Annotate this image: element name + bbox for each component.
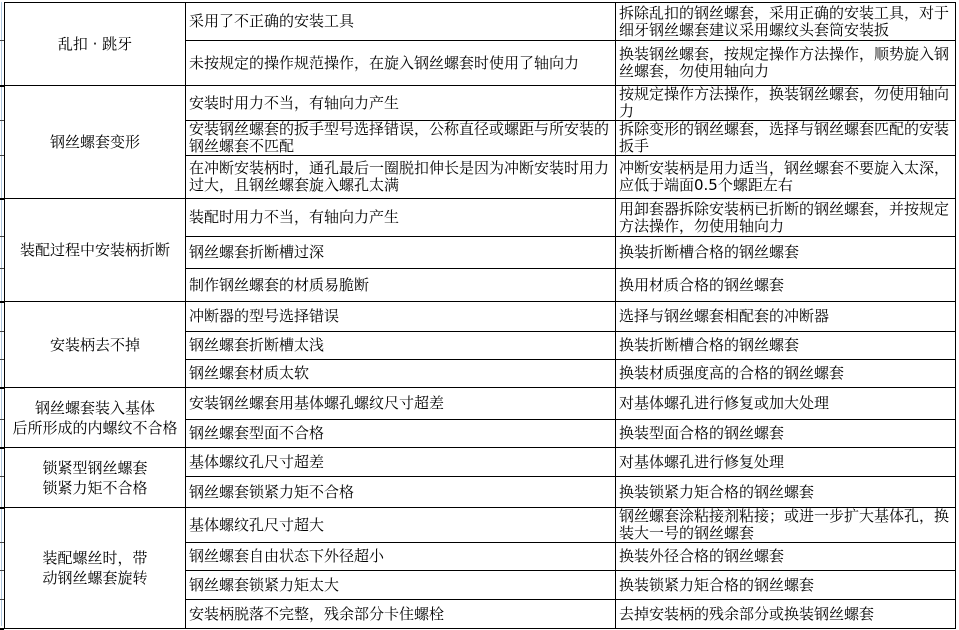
cause-cell: 装配时用力不当，有轴向力产生 (186, 199, 616, 237)
solution-cell: 冲断安装柄是用力适当，钢丝螺套不要旋入太深，应低于端面0.5个螺距左右 (616, 156, 956, 199)
solution-cell: 按规定操作方法操作，换装钢丝螺套，勿使用轴向力 (616, 86, 956, 121)
cause-cell: 未按规定的操作规范操作，在旋入钢丝螺套时使用了轴向力 (186, 41, 616, 86)
gutter-row-tick (0, 447, 4, 449)
fault-cell: 钢丝螺套装入基体 后所形成的内螺纹不合格 (5, 388, 186, 448)
fault-cell: 装配螺丝时，带 动钢丝螺套旋转 (5, 508, 186, 629)
gutter-row-tick (0, 120, 4, 121)
solution-cell: 去掉安装柄的残余部分或换装钢丝螺套 (616, 600, 956, 629)
solution-cell: 用卸套器拆除安装柄已折断的钢丝螺套，并按规定方法操作，勿使用轴向力 (616, 199, 956, 237)
cause-cell: 制作钢丝螺套的材质易脆断 (186, 269, 616, 302)
gutter-row-tick (0, 542, 4, 543)
cause-cell: 钢丝螺套折断槽过深 (186, 237, 616, 269)
solution-cell: 换装钢丝螺套，按规定操作方法操作，顺势旋入钢丝螺套，勿使用轴向力 (616, 41, 956, 86)
cause-cell: 冲断器的型号选择错误 (186, 302, 616, 332)
cause-cell: 钢丝螺套自由状态下外径超小 (186, 543, 616, 571)
cause-cell: 钢丝螺套型面不合格 (186, 420, 616, 448)
gutter-row-tick (0, 476, 4, 477)
gutter-row-tick (0, 301, 4, 303)
fault-cell: 乱扣 · 跳牙 (5, 3, 186, 86)
gutter-gridline (1, 2, 2, 626)
cause-cell: 安装时用力不当，有轴向力产生 (186, 86, 616, 121)
gutter-row-tick (0, 40, 4, 41)
gutter-row-tick (0, 387, 4, 389)
cause-cell: 基体螺纹孔尺寸超大 (186, 508, 616, 543)
gutter-row-tick (0, 85, 4, 87)
cause-cell: 钢丝螺套折断槽太浅 (186, 332, 616, 360)
solution-cell: 换装折断槽合格的钢丝螺套 (616, 332, 956, 360)
gutter-row-tick (0, 155, 4, 156)
solution-cell: 换用材质合格的钢丝螺套 (616, 269, 956, 302)
solution-cell: 换装外径合格的钢丝螺套 (616, 543, 956, 571)
solution-cell: 换装锁紧力矩合格的钢丝螺套 (616, 571, 956, 600)
cause-cell: 采用了不正确的安装工具 (186, 3, 616, 41)
solution-cell: 换装型面合格的钢丝螺套 (616, 420, 956, 448)
cause-cell: 钢丝螺套锁紧力矩太大 (186, 571, 616, 600)
fault-cell: 安装柄去不掉 (5, 302, 186, 388)
gutter-row-tick (0, 507, 4, 509)
fault-cell: 钢丝螺套变形 (5, 86, 186, 199)
gutter-row-tick (0, 359, 4, 360)
cause-cell: 钢丝螺套材质太软 (186, 360, 616, 388)
cause-cell: 安装柄脱落不完整，残余部分卡住螺栓 (186, 600, 616, 629)
fault-cell: 锁紧型钢丝螺套 锁紧力矩不合格 (5, 448, 186, 508)
solution-cell: 拆除变形的钢丝螺套，选择与钢丝螺套匹配的安装扳手 (616, 121, 956, 156)
solution-cell: 对基体螺孔进行修复处理 (616, 448, 956, 477)
solution-cell: 选择与钢丝螺套相配套的冲断器 (616, 302, 956, 332)
gutter-row-tick (0, 236, 4, 237)
gutter-row-tick (0, 198, 4, 200)
troubleshooting-table: 乱扣 · 跳牙 采用了不正确的安装工具 拆除乱扣的钢丝螺套，采用正确的安装工具，… (4, 2, 956, 629)
table-wrapper: 乱扣 · 跳牙 采用了不正确的安装工具 拆除乱扣的钢丝螺套，采用正确的安装工具，… (0, 2, 959, 629)
cause-cell: 安装钢丝螺套用基体螺孔螺纹尺寸超差 (186, 388, 616, 420)
gutter-row-tick (0, 268, 4, 269)
solution-cell: 换装材质强度高的合格的钢丝螺套 (616, 360, 956, 388)
gutter-row-tick (0, 570, 4, 571)
gutter-row-tick (0, 331, 4, 332)
solution-cell: 换装折断槽合格的钢丝螺套 (616, 237, 956, 269)
solution-cell: 拆除乱扣的钢丝螺套，采用正确的安装工具，对于细牙钢丝螺套建议采用螺纹头套筒安装扳 (616, 3, 956, 41)
fault-cell: 装配过程中安装柄折断 (5, 199, 186, 302)
solution-cell: 钢丝螺套涂粘接剂粘接；或进一步扩大基体孔，换装大一号的钢丝螺套 (616, 508, 956, 543)
cause-cell: 基体螺纹孔尺寸超差 (186, 448, 616, 477)
cause-cell: 在冲断安装柄时，通孔最后一圈脱扣伸长是因为冲断安装时用力过大，且钢丝螺套旋入螺孔… (186, 156, 616, 199)
gutter-row-tick (0, 599, 4, 600)
cause-cell: 安装钢丝螺套的扳手型号选择错误，公称直径或螺距与所安装的钢丝螺套不匹配 (186, 121, 616, 156)
gutter-row-tick (0, 419, 4, 420)
solution-cell: 对基体螺孔进行修复或加大处理 (616, 388, 956, 420)
solution-cell: 换装锁紧力矩合格的钢丝螺套 (616, 477, 956, 508)
cause-cell: 钢丝螺套锁紧力矩不合格 (186, 477, 616, 508)
